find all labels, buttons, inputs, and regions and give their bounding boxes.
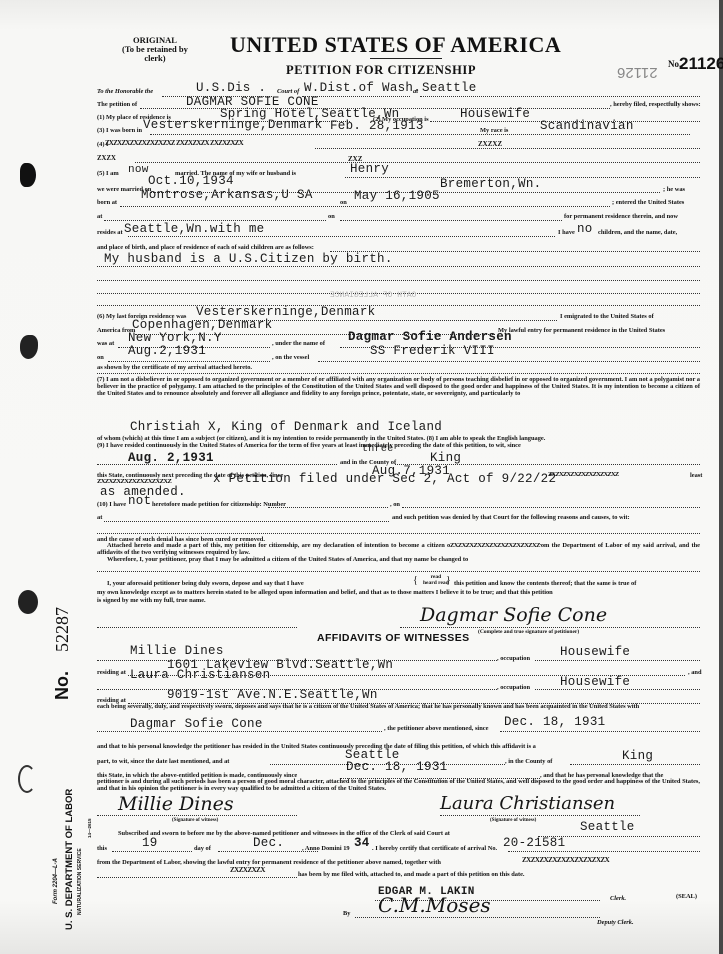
seal-label: (SEAL)	[676, 893, 697, 900]
part-label: part, to wit, since the date last mentio…	[97, 758, 229, 765]
permanent-label: for permanent residence therein, and now	[564, 213, 678, 220]
witness2-address: 9019-1st Ave.N.E.Seattle,Wn	[167, 688, 378, 702]
day-of-label: day of	[194, 845, 211, 852]
item4-struck-2: ZXZXZ	[478, 140, 502, 148]
attached-struck: ZXZXZXZXZXZXZXZXZXZXZXZ	[450, 542, 540, 549]
witnesses-sworn-text: each being severally, duly, and respecti…	[97, 704, 700, 711]
original-note: ORIGINAL (To be retained by clerk)	[122, 36, 188, 63]
wherefore-text: Wherefore, I, your petitioner, pray that…	[107, 557, 700, 564]
resides-label: resides at	[97, 229, 123, 236]
race-value: Scandinavian	[540, 119, 634, 133]
item10-denied-label: and such petition was denied by that Cou…	[392, 514, 630, 521]
jurat-day: 19	[142, 836, 158, 850]
jurat-month: Dec.	[253, 836, 284, 850]
affidavits-heading: AFFIDAVITS OF WITNESSES	[317, 632, 470, 644]
filed-label: has been by me filed with, attached to, …	[298, 871, 525, 878]
lawful-entry-label: My lawful entry for permanent residence …	[498, 327, 665, 334]
certify-label: . I hereby certify that certificate of a…	[372, 845, 497, 852]
deputy-signature: C.M.Moses	[378, 893, 491, 917]
court-district: W.Dist.of Wash.	[304, 81, 421, 95]
marriage-date: Oct.10,1934	[148, 174, 234, 188]
sovereign-value: Christiah X, King of Denmark and Iceland	[130, 420, 442, 434]
dept-label: from the Department of Labor, showing th…	[97, 859, 441, 866]
occupation-value: Housewife	[460, 107, 530, 121]
petitioner-signature: Dagmar Sofie Cone	[420, 604, 607, 626]
at-label: at	[413, 88, 418, 95]
spouse-name: Henry	[350, 162, 389, 176]
marriage-place: Bremerton,Wn.	[440, 177, 541, 191]
entry-on-label: on	[97, 354, 104, 361]
birthdate-value: Feb. 28,1913	[330, 119, 424, 133]
spouse-birthdate: May 16,1905	[354, 189, 440, 203]
item10-value: not	[128, 494, 151, 508]
witness1-occupation-label: , occupation	[497, 655, 530, 662]
he-was-label: ; he was	[663, 186, 685, 193]
stub-number: No. 52287	[52, 607, 73, 700]
page-edge	[719, 0, 723, 954]
sworn-text-3: my own knowledge except as to matters he…	[97, 589, 553, 596]
witness2-signature: Laura Christiansen	[440, 793, 615, 814]
sworn-text-1: I, your aforesaid petitioner being duly …	[107, 580, 304, 587]
petitioner-name-witness: Dagmar Sofie Cone	[130, 717, 263, 731]
by-label: By	[343, 910, 350, 917]
spouse-birthplace: Montrose,Arkansas,U SA	[141, 188, 313, 202]
sworn-text-4: is signed by me with my full, true name.	[97, 597, 206, 604]
oath-ghost: OATH OF ALLEGIANCE	[330, 291, 416, 300]
petition-of-label: The petition of	[97, 101, 137, 108]
punch-hole-middle	[20, 335, 38, 359]
race-label: My race is	[480, 127, 508, 134]
born-label: (3) I was born in	[97, 127, 142, 134]
anno-label: , Anno Domini 19	[302, 845, 350, 852]
entered-on-label: on	[328, 213, 335, 220]
document-subtitle: PETITION FOR CITIZENSHIP	[286, 63, 476, 78]
sworn-text-2: this petition and know the contents ther…	[454, 580, 636, 587]
this-label: this	[97, 845, 107, 852]
document-title: UNITED STATES OF AMERICA	[230, 32, 561, 58]
punch-hole-stub-bottom	[18, 765, 36, 793]
jurat-struck-1: ZXZXZXZXZXZXZXZXZXZX	[522, 856, 609, 864]
item9-text: (9) I have resided continuously in the U…	[97, 443, 700, 450]
emigrated-from: Copenhagen,Denmark	[132, 318, 272, 332]
brace-left: {	[413, 575, 418, 586]
witness2-signature-caption: (Signature of witness)	[490, 818, 536, 823]
last-foreign-value: Vesterskerninge,Denmark	[196, 305, 375, 319]
brace-right: }	[446, 575, 451, 586]
stub-number-label: No.	[52, 671, 72, 700]
knowledge-text: and that to his personal knowledge the p…	[97, 743, 536, 750]
court-city: Seattle	[422, 81, 477, 95]
item7-text: (7) I am not a disbeliever in or opposed…	[97, 377, 700, 397]
court-name: U.S.Dis .	[196, 81, 266, 95]
stub-form: Form 2204—L-A	[53, 858, 59, 904]
certificate-number: 20-21581	[503, 836, 565, 850]
least-label: least	[690, 472, 702, 479]
born-at-label: born at	[97, 199, 117, 206]
struck-text-right: ZXZXZXZXZXZXZXZXZXZ	[548, 471, 618, 478]
punch-hole-stub-top	[18, 590, 38, 614]
witness-county: King	[622, 749, 653, 763]
filed-label: , hereby filed, respectfully shows:	[610, 101, 701, 108]
stub-department: U. S. DEPARTMENT OF LABOR	[64, 789, 75, 930]
known-since: Dec. 18, 1931	[504, 715, 605, 729]
deputy-label: Deputy Clerk.	[597, 919, 634, 926]
witness1-signature-caption: (Signature of witness)	[172, 818, 218, 823]
term-years: three	[362, 444, 394, 455]
spouse-residence: Seattle,Wn.with me	[124, 222, 264, 236]
jurat-city: Seattle	[580, 820, 635, 834]
witness-state-since: Dec. 18, 1931	[346, 760, 447, 774]
clerk-label: Clerk.	[610, 895, 626, 902]
punch-hole-top	[20, 163, 36, 187]
read-options: read heard read	[423, 574, 449, 586]
year-suffix: 34	[354, 836, 370, 850]
vessel-value: SS Frederik VIII	[370, 344, 495, 358]
children-count: no	[577, 222, 593, 236]
witness1-occupation: Housewife	[560, 645, 630, 659]
petitioner-signature-caption: (Complete and true signature of petition…	[478, 629, 579, 635]
entry-place: New York,N.Y	[128, 331, 222, 345]
jurat-struck-2: ZXZXZXZX	[230, 866, 265, 874]
married-status: now	[128, 164, 149, 176]
since-label: , the petitioner above mentioned, since	[384, 725, 488, 732]
county-value: King	[430, 451, 461, 465]
court-of-label: Court of	[277, 88, 299, 95]
petition-act: x Petition filed under Sec 2, Act of 9/2…	[213, 472, 556, 486]
entry-date: Aug.2,1931	[128, 344, 206, 358]
spouse-on-label: on	[340, 199, 347, 206]
certificate-label: as shown by the certificate of my arriva…	[97, 364, 252, 371]
petition-number: 21126	[679, 54, 723, 74]
witness2-occupation-label: , occupation	[497, 684, 530, 691]
birthplace-value: Vesterskerninge,Denmark	[143, 118, 322, 132]
item4-struck-text: ZXZXZXZXZXZXZXZXZ ZXZXZXZX ZXZXZXZX	[105, 140, 243, 147]
stub-print-code: 14—2615	[87, 818, 92, 838]
petition-number-ghost: 21126	[617, 64, 658, 81]
children-note: My husband is a U.S.Citizen by birth.	[104, 252, 393, 266]
witness1-residing-label: residing at	[97, 669, 126, 676]
stub-service: NATURALIZATION SERVICE	[77, 848, 83, 915]
witness-county-label: , in the County of	[505, 758, 552, 765]
and-label: , and	[688, 669, 702, 676]
witness1-name: Millie Dines	[130, 644, 224, 658]
emigrated-label: I emigrated to the United States of	[560, 313, 654, 320]
title-underline	[370, 58, 442, 59]
item10-prefix: (10) I have	[97, 501, 126, 508]
to-honorable-label: To the Honorable the	[97, 88, 153, 95]
moral-text: petitioner is and during all such period…	[97, 779, 700, 793]
entered-label: ; entered the United States	[612, 199, 684, 206]
item10-at-label: at	[97, 514, 102, 521]
petition-document: No. 52287 U. S. DEPARTMENT OF LABOR NATU…	[0, 0, 723, 954]
item4-line2-struck: ZXZX	[97, 155, 116, 162]
children-label-post: children, and the name, date,	[598, 229, 677, 236]
married-prefix: (5) I am	[97, 170, 119, 177]
children-label-pre: I have	[558, 229, 575, 236]
stub-number-value: 52287	[52, 607, 72, 652]
entered-at-label: at	[97, 213, 102, 220]
item10-on-label: , on	[390, 501, 400, 508]
witness1-signature: Millie Dines	[118, 793, 234, 815]
under-name-label: , under the name of	[272, 340, 325, 347]
was-at-label: was at	[97, 340, 114, 347]
entry-name: Dagmar Sofie Andersen	[348, 330, 512, 344]
resided-since: Aug. 2,1931	[128, 451, 214, 465]
witness2-occupation: Housewife	[560, 675, 630, 689]
item10-label: heretofore made petition for citizenship…	[152, 501, 286, 508]
vessel-label: , on the vessel	[272, 354, 309, 361]
struck-text-left: ZXZXZXZXZXZXZXZXZXZ	[97, 478, 171, 485]
witness2-name: Laura Christiansen	[130, 668, 270, 682]
attached-text: Attached hereto and made a part of this,…	[97, 543, 700, 557]
children-place-label: and place of birth, and place of residen…	[97, 244, 314, 251]
